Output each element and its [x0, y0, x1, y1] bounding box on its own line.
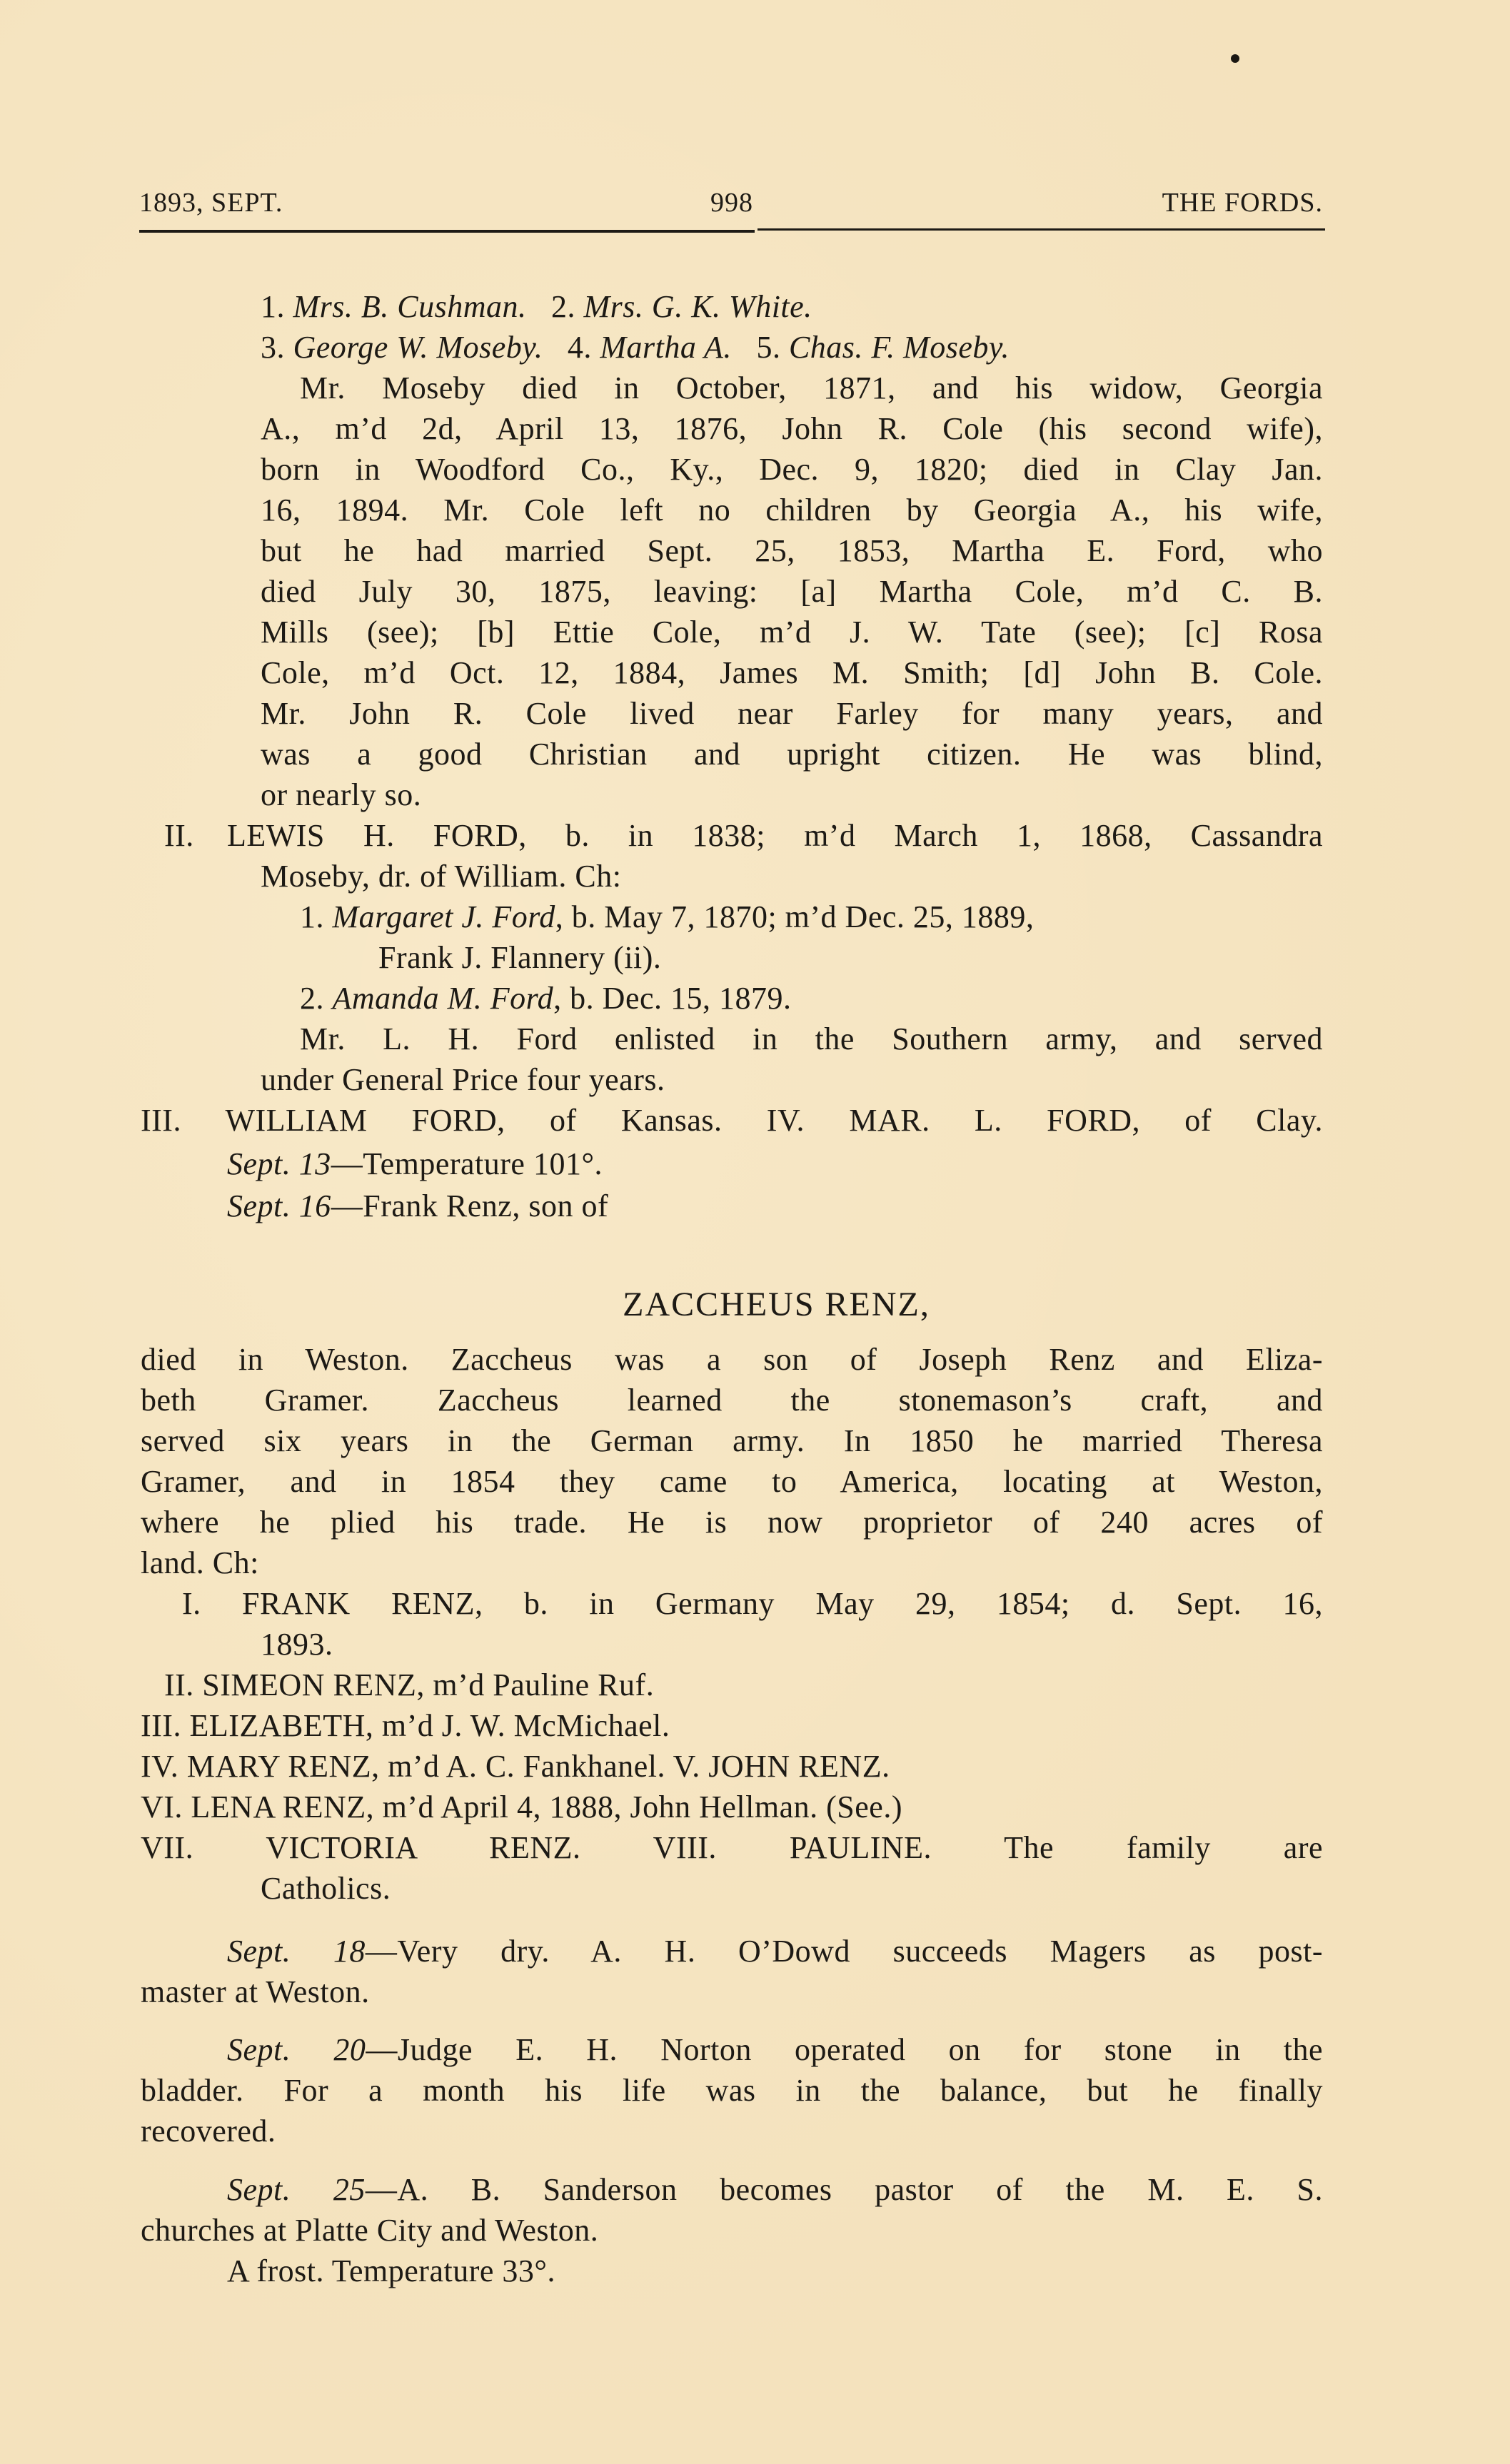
entry-date: Sept. 20: [227, 2032, 366, 2067]
child-name: Mrs. G. K. White.: [584, 289, 812, 324]
paragraph-line: where he plied his trade. He is now prop…: [141, 1503, 1323, 1542]
entry-text: —A. B. Sanderson becomes pastor of the M…: [366, 2172, 1323, 2207]
entry-text-cont: master at Weston.: [141, 1972, 370, 2012]
header-rule-right: [757, 228, 1325, 231]
child-entry-cont: Frank J. Flannery (ii).: [378, 938, 661, 978]
entry-line: LEWIS H. FORD, b. in 1838; m’d March 1, …: [227, 816, 1323, 856]
item-number: 4.: [568, 330, 592, 365]
paragraph-line: Mr. Moseby died in October, 1871, and hi…: [300, 368, 1323, 408]
paragraph-line: Mills (see); [b] Ettie Cole, m’d J. W. T…: [261, 612, 1323, 652]
header-rule-left: [139, 230, 755, 233]
diary-entry-sept18: Sept. 18—Very dry. A. H. O’Dowd succeeds…: [227, 1932, 1323, 1971]
entry-text: —Very dry. A. H. O’Dowd succeeds Magers …: [366, 1934, 1323, 1969]
child-name: Amanda M. Ford: [333, 981, 554, 1016]
entry-date: Sept. 13: [227, 1146, 331, 1181]
paragraph-line: under General Price four years.: [261, 1060, 665, 1100]
child-name: Mrs. B. Cushman.: [293, 289, 527, 324]
diary-entry-sept25: Sept. 25—A. B. Sanderson becomes pastor …: [227, 2170, 1323, 2210]
paragraph-line: but he had married Sept. 25, 1853, Marth…: [261, 531, 1323, 571]
paragraph-line: was a good Christian and upright citizen…: [261, 734, 1323, 774]
entry-text: —Temperature 101°.: [331, 1146, 603, 1181]
paragraph-line: died July 30, 1875, leaving: [a] Martha …: [261, 572, 1323, 612]
paragraph-line: died in Weston. Zaccheus was a son of Jo…: [141, 1340, 1323, 1380]
paragraph-line: beth Gramer. Zaccheus learned the stonem…: [141, 1380, 1323, 1420]
diary-entry-sept13: Sept. 13—Temperature 101°.: [227, 1144, 603, 1184]
item-number: 5.: [756, 330, 780, 365]
entry-line: Moseby, dr. of William. Ch:: [261, 857, 622, 897]
entry-text: —Frank Renz, son of: [331, 1188, 608, 1223]
paragraph-line: born in Woodford Co., Ky., Dec. 9, 1820;…: [261, 450, 1323, 490]
item-number: 2.: [300, 981, 324, 1016]
running-header: 1893, SEPT. 998 THE FORDS.: [139, 187, 1323, 223]
entry-date: Sept. 18: [227, 1934, 366, 1969]
child-name: Chas. F. Moseby.: [789, 330, 1010, 365]
entry-text-cont: A frost. Temperature 33°.: [227, 2251, 555, 2291]
children-line-2: 3. George W. Moseby. 4. Martha A. 5. Cha…: [261, 328, 1323, 368]
item-number: 2.: [551, 289, 575, 324]
section-heading: ZACCHEUS RENZ,: [0, 1285, 1510, 1325]
child-entry: 2. Amanda M. Ford, b. Dec. 15, 1879.: [300, 979, 792, 1019]
child-name: George W. Moseby.: [293, 330, 543, 365]
child-entry: IV. MARY RENZ, m’d A. C. Fankhanel. V. J…: [141, 1747, 890, 1787]
roman-numeral: II.: [164, 816, 194, 856]
entry-text: —Judge E. H. Norton operated on for ston…: [366, 2032, 1323, 2067]
child-name: Martha A.: [600, 330, 732, 365]
item-number: 1.: [261, 289, 285, 324]
child-entry: 1. Margaret J. Ford, b. May 7, 1870; m’d…: [300, 897, 1323, 937]
children-line-1: 1. Mrs. B. Cushman. 2. Mrs. G. K. White.: [261, 287, 812, 327]
item-number: 3.: [261, 330, 285, 365]
entry-date: Sept. 16: [227, 1188, 331, 1223]
paragraph-line: land. Ch:: [141, 1543, 259, 1583]
paragraph-line: Mr. L. H. Ford enlisted in the Southern …: [300, 1019, 1323, 1059]
child-details: , b. May 7, 1870; m’d Dec. 25, 1889,: [555, 899, 1035, 934]
paragraph-line: Cole, m’d Oct. 12, 1884, James M. Smith;…: [261, 653, 1323, 693]
diary-entry-sept16: Sept. 16—Frank Renz, son of: [227, 1186, 608, 1226]
entry-date: Sept. 25: [227, 2172, 366, 2207]
child-details: , b. Dec. 15, 1879.: [553, 981, 791, 1016]
child-entry: VII. VICTORIA RENZ. VIII. PAULINE. The f…: [141, 1828, 1323, 1868]
paragraph-line: served six years in the German army. In …: [141, 1421, 1323, 1461]
child-entry: I. FRANK RENZ, b. in Germany May 29, 185…: [182, 1584, 1323, 1624]
paragraph-line: Mr. John R. Cole lived near Farley for m…: [261, 694, 1323, 734]
child-entry: II. SIMEON RENZ, m’d Pauline Ruf.: [164, 1665, 654, 1705]
child-name: Margaret J. Ford: [333, 899, 555, 934]
child-entry-cont: 1893.: [261, 1625, 333, 1665]
entry-text-cont: churches at Platte City and Weston.: [141, 2211, 598, 2251]
entry-text-cont: recovered.: [141, 2111, 276, 2151]
entry-text-cont: bladder. For a month his life was in the…: [141, 2071, 1323, 2111]
paragraph-line: or nearly so.: [261, 775, 421, 815]
paragraph-line: 16, 1894. Mr. Cole left no children by G…: [261, 490, 1323, 530]
page-number: 998: [710, 187, 753, 218]
item-number: 1.: [300, 899, 324, 934]
paragraph-line: Gramer, and in 1854 they came to America…: [141, 1462, 1323, 1502]
child-entry: VI. LENA RENZ, m’d April 4, 1888, John H…: [141, 1787, 902, 1827]
entry-line: III. WILLIAM FORD, of Kansas. IV. MAR. L…: [141, 1101, 1323, 1141]
diary-entry-sept20: Sept. 20—Judge E. H. Norton operated on …: [227, 2030, 1323, 2070]
header-title: THE FORDS.: [1162, 187, 1323, 218]
header-date: 1893, SEPT.: [139, 187, 283, 218]
child-entry: III. ELIZABETH, m’d J. W. McMichael.: [141, 1706, 670, 1746]
ink-speck: [1231, 54, 1239, 63]
paragraph-line: A., m’d 2d, April 13, 1876, John R. Cole…: [261, 409, 1323, 449]
child-entry-cont: Catholics.: [261, 1869, 391, 1909]
